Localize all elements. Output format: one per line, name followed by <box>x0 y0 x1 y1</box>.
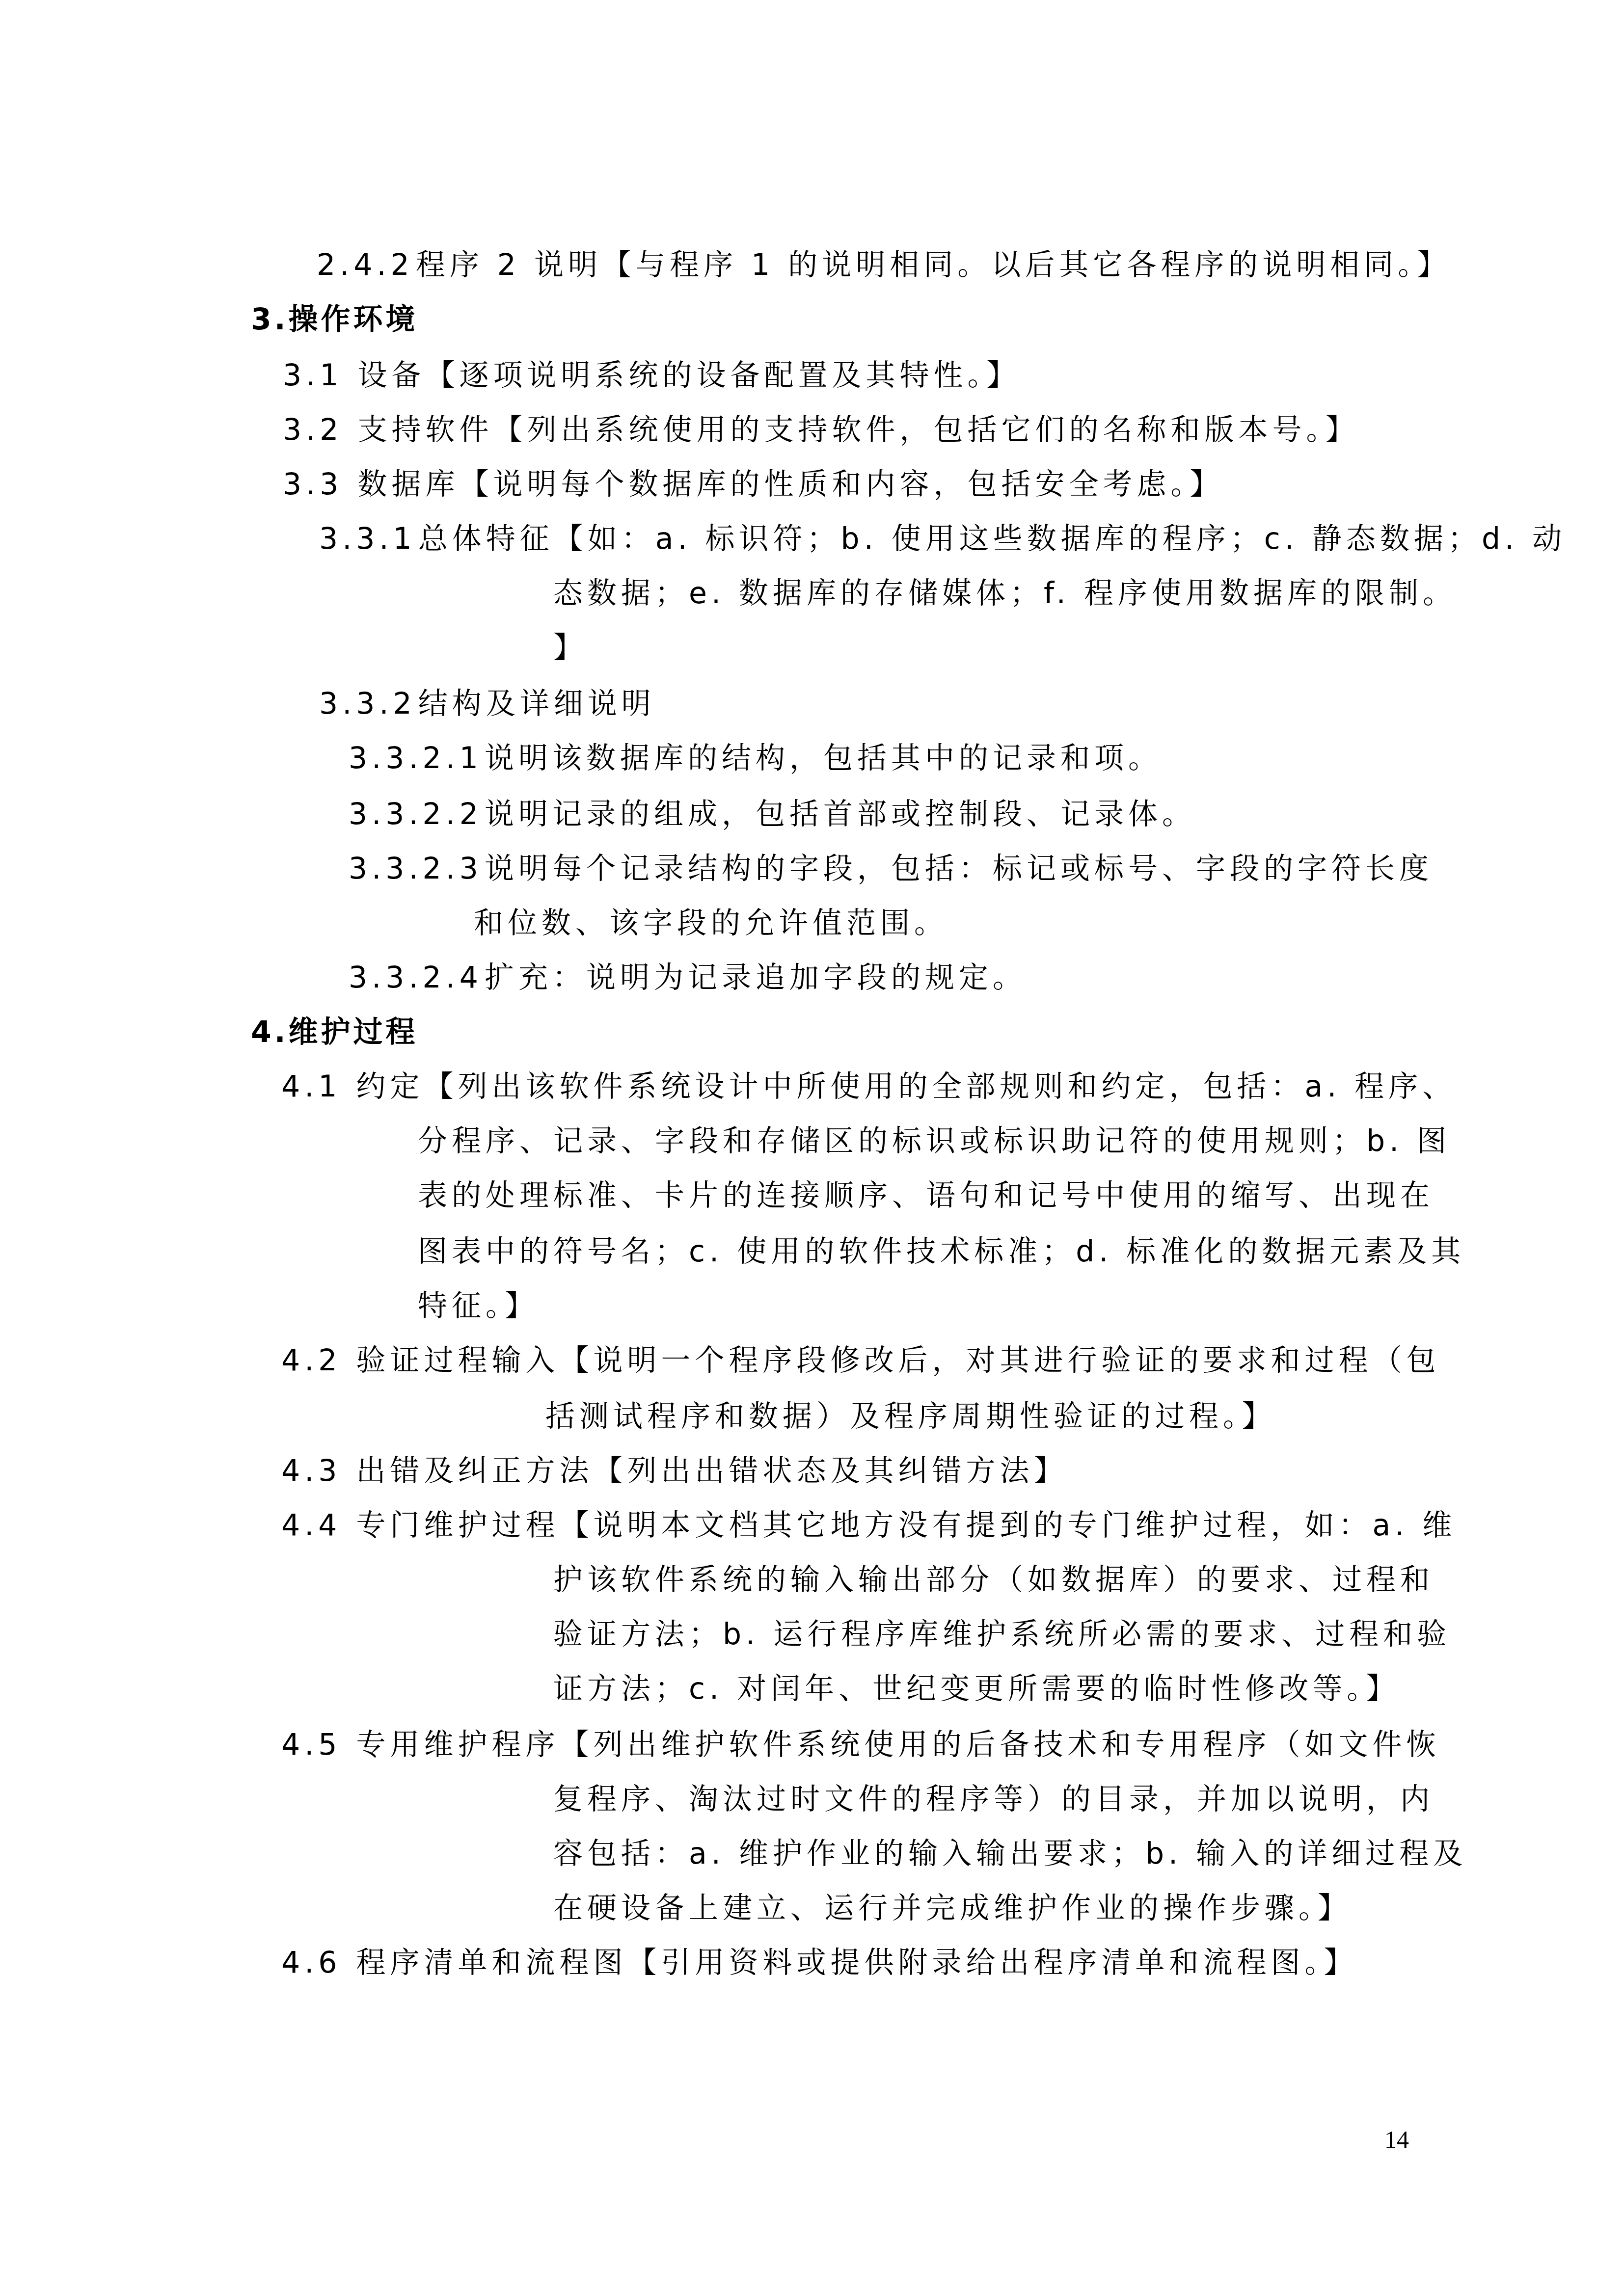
section-number: 4.4 <box>281 1508 341 1543</box>
section-3-1: 3.1设备【逐项说明系统的设备配置及其特性。】 <box>283 358 1020 393</box>
section-number: 4.1 <box>281 1069 341 1104</box>
section-number: 4.3 <box>281 1454 341 1488</box>
section-title: 设备 <box>357 358 425 393</box>
section-title: 专门维护过程 <box>356 1508 559 1543</box>
section-title: 约定 <box>356 1069 424 1104</box>
section-2-4-2: 2.4.2程序 2 说明【与程序 1 的说明相同。以后其它各程序的说明相同。】 <box>317 247 1451 283</box>
section-title: 总体特征 <box>418 522 554 556</box>
section-number: 3.3.2.4 <box>349 961 483 995</box>
section-title: 程序 2 说明 <box>416 248 602 282</box>
section-title: 程序清单和流程图 <box>356 1946 627 1980</box>
section-description: 【说明本文档其它地方没有提到的专门维护过程，如：a. 维 <box>559 1508 1456 1543</box>
section-3-3-2: 3.3.2结构及详细说明 <box>319 686 655 721</box>
section-title: 结构及详细说明 <box>418 687 655 721</box>
section-4-5-continuation: 容包括：a. 维护作业的输入输出要求；b. 输入的详细过程及 <box>553 1836 1467 1871</box>
section-4-2-continuation: 括测试程序和数据）及程序周期性验证的过程。】 <box>545 1399 1276 1434</box>
section-3-3-1-continuation: 态数据；e. 数据库的存储媒体；f. 程序使用数据库的限制。 <box>553 576 1457 611</box>
section-number: 3.3.2.1 <box>349 741 483 775</box>
section-title: 出错及纠正方法 <box>356 1454 593 1488</box>
page-number: 14 <box>1384 2125 1409 2154</box>
section-number: 3.3 <box>283 467 343 502</box>
section-4-1-continuation: 特征。】 <box>418 1288 539 1324</box>
heading-title: 维护过程 <box>289 1015 418 1049</box>
heading-number: 3. <box>251 302 289 337</box>
section-number: 3.3.2.2 <box>349 797 483 831</box>
section-description: 【说明每个数据库的性质和内容，包括安全考虑。】 <box>459 467 1223 502</box>
section-4-2: 4.2验证过程输入【说明一个程序段修改后，对其进行验证的要求和过程（包 <box>281 1343 1440 1378</box>
section-3-3: 3.3数据库【说明每个数据库的性质和内容，包括安全考虑。】 <box>283 467 1223 502</box>
section-description: 扩充：说明为记录追加字段的规定。 <box>485 961 1027 995</box>
section-description: 【逐项说明系统的设备配置及其特性。】 <box>425 358 1020 393</box>
section-description: 说明该数据库的结构，包括其中的记录和项。 <box>485 741 1162 775</box>
section-4-1-continuation: 分程序、记录、字段和存储区的标识或标识助记符的使用规则；b. 图 <box>418 1123 1451 1159</box>
section-number: 3.3.2 <box>319 687 416 721</box>
section-4-1: 4.1约定【列出该软件系统设计中所使用的全部规则和约定，包括：a. 程序、 <box>281 1069 1456 1104</box>
section-description: 【列出出错状态及其纠错方法】 <box>593 1454 1067 1488</box>
section-4-5: 4.5专用维护程序【列出维护软件系统使用的后备技术和专用程序（如文件恢 <box>281 1727 1440 1762</box>
section-description: 【说明一个程序段修改后，对其进行验证的要求和过程（包 <box>559 1343 1440 1378</box>
heading-number: 4. <box>251 1015 289 1049</box>
section-3-3-2-4: 3.3.2.4扩充：说明为记录追加字段的规定。 <box>349 960 1027 995</box>
section-3-3-2-2: 3.3.2.2说明记录的组成，包括首部或控制段、记录体。 <box>349 797 1196 832</box>
section-number: 2.4.2 <box>317 248 414 282</box>
section-3-3-2-3: 3.3.2.3说明每个记录结构的字段，包括：标记或标号、字段的字符长度 <box>349 851 1433 886</box>
section-number: 3.1 <box>283 358 343 393</box>
section-3-2: 3.2支持软件【列出系统使用的支持软件，包括它们的名称和版本号。】 <box>283 412 1359 448</box>
section-number: 3.3.1 <box>319 522 416 556</box>
section-title: 支持软件 <box>357 413 493 447</box>
section-description: 【列出该软件系统设计中所使用的全部规则和约定，包括：a. 程序、 <box>424 1069 1456 1104</box>
section-4-1-continuation: 图表中的符号名；c. 使用的软件技术标准；d. 标准化的数据元素及其 <box>418 1234 1465 1269</box>
section-4-5-continuation: 复程序、淘汰过时文件的程序等）的目录，并加以说明，内 <box>553 1782 1434 1817</box>
section-3-3-1-continuation: 】 <box>553 630 587 666</box>
section-title: 数据库 <box>357 467 459 502</box>
heading-4: 4.维护过程 <box>251 1015 418 1050</box>
section-description: 说明记录的组成，包括首部或控制段、记录体。 <box>485 797 1196 831</box>
section-4-4-continuation: 护该软件系统的输入输出部分（如数据库）的要求、过程和 <box>553 1562 1434 1598</box>
section-description: 【列出系统使用的支持软件，包括它们的名称和版本号。】 <box>493 413 1359 447</box>
section-number: 4.2 <box>281 1343 341 1378</box>
document-page: 2.4.2程序 2 说明【与程序 1 的说明相同。以后其它各程序的说明相同。】 … <box>0 0 1624 2296</box>
section-description: 说明每个记录结构的字段，包括：标记或标号、字段的字符长度 <box>485 852 1433 886</box>
heading-3: 3.操作环境 <box>251 302 418 337</box>
section-4-3: 4.3出错及纠正方法【列出出错状态及其纠错方法】 <box>281 1453 1067 1489</box>
section-3-3-2-1: 3.3.2.1说明该数据库的结构，包括其中的记录和项。 <box>349 741 1162 776</box>
section-4-6: 4.6程序清单和流程图【引用资料或提供附录给出程序清单和流程图。】 <box>281 1945 1357 1980</box>
section-title: 专用维护程序 <box>356 1728 559 1762</box>
section-description: 【如：a. 标识符；b. 使用这些数据库的程序；c. 静态数据；d. 动 <box>554 522 1567 556</box>
section-4-4-continuation: 证方法；c. 对闰年、世纪变更所需要的临时性修改等。】 <box>553 1671 1400 1707</box>
section-4-4-continuation: 验证方法；b. 运行程序库维护系统所必需的要求、过程和验 <box>553 1617 1451 1652</box>
section-number: 4.5 <box>281 1728 341 1762</box>
section-title: 验证过程输入 <box>356 1343 559 1378</box>
section-description: 【与程序 1 的说明相同。以后其它各程序的说明相同。】 <box>602 248 1451 282</box>
section-4-5-continuation: 在硬设备上建立、运行并完成维护作业的操作步骤。】 <box>553 1891 1352 1926</box>
section-4-1-continuation: 表的处理标准、卡片的连接顺序、语句和记号中使用的缩写、出现在 <box>418 1178 1434 1213</box>
section-number: 3.2 <box>283 413 343 447</box>
section-description: 【引用资料或提供附录给出程序清单和流程图。】 <box>627 1946 1357 1980</box>
section-description: 【列出维护软件系统使用的后备技术和专用程序（如文件恢 <box>559 1728 1440 1762</box>
heading-title: 操作环境 <box>289 302 418 337</box>
section-3-3-2-3-continuation: 和位数、该字段的允许值范围。 <box>474 906 948 941</box>
section-4-4: 4.4专门维护过程【说明本文档其它地方没有提到的专门维护过程，如：a. 维 <box>281 1508 1456 1543</box>
section-number: 3.3.2.3 <box>349 852 483 886</box>
section-3-3-1: 3.3.1总体特征【如：a. 标识符；b. 使用这些数据库的程序；c. 静态数据… <box>319 521 1566 557</box>
section-number: 4.6 <box>281 1946 341 1980</box>
